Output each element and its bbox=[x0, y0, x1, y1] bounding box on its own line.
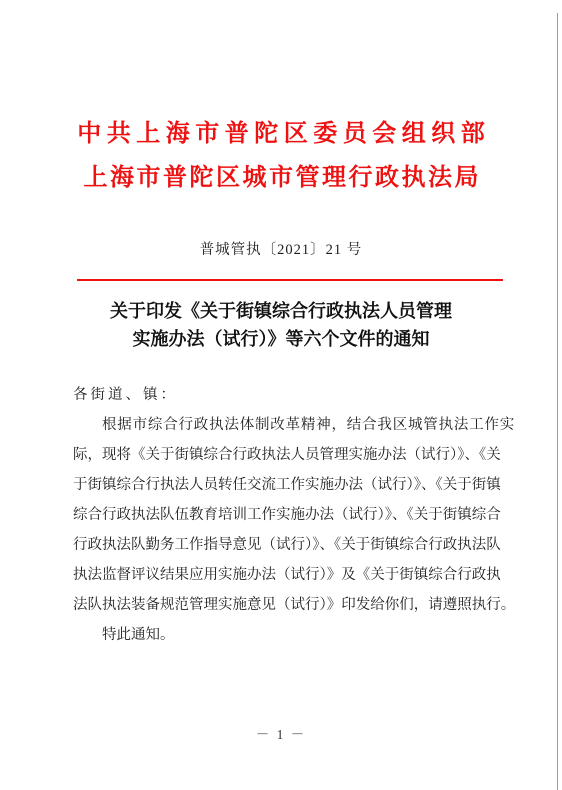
closing-line: 特此通知。 bbox=[73, 620, 529, 650]
salutation: 各街道、镇： bbox=[73, 380, 529, 410]
notice-title: 关于印发《关于街镇综合行政执法人员管理 实施办法（试行）》等六个文件的通知 bbox=[0, 297, 562, 353]
page-number: － 1 － bbox=[0, 726, 562, 744]
body-line: 综合行政执法队伍教育培训工作实施办法（试行）》、《关于街镇综合 bbox=[73, 500, 529, 530]
body-line: 根据市综合行政执法体制改革精神，结合我区城管执法工作实 bbox=[73, 410, 529, 440]
body-line: 法队执法装备规范管理实施意见（试行）》印发给你们，请遵照执行。 bbox=[73, 590, 529, 620]
title-line-1: 关于印发《关于街镇综合行政执法人员管理 bbox=[0, 297, 562, 325]
body-line: 际，现将《关于街镇综合行政执法人员管理实施办法（试行）》、《关 bbox=[73, 440, 529, 470]
body-paragraph: 各街道、镇： 根据市综合行政执法体制改革精神，结合我区城管执法工作实 际，现将《… bbox=[73, 380, 529, 650]
doc-number: 普城管执〔2021〕21 号 bbox=[0, 240, 562, 260]
red-separator-rule bbox=[77, 279, 503, 281]
org-name-line-2: 上海市普陀区城市管理行政执法局 bbox=[0, 156, 562, 200]
body-line: 于街镇综合行执法人员转任交流工作实施办法（试行）》、《关于街镇 bbox=[73, 470, 529, 500]
body-line: 执法监督评议结果应用实施办法（试行）》及《关于街镇综合行政执 bbox=[73, 560, 529, 590]
title-line-2: 实施办法（试行）》等六个文件的通知 bbox=[0, 325, 562, 353]
org-name-line-1: 中共上海市普陀区委员会组织部 bbox=[0, 112, 562, 156]
document-page: 中共上海市普陀区委员会组织部 上海市普陀区城市管理行政执法局 普城管执〔2021… bbox=[0, 0, 562, 790]
letterhead: 中共上海市普陀区委员会组织部 上海市普陀区城市管理行政执法局 bbox=[0, 112, 562, 200]
body-line: 行政执法队勤务工作指导意见（试行）》、《关于街镇综合行政执法队 bbox=[73, 530, 529, 560]
